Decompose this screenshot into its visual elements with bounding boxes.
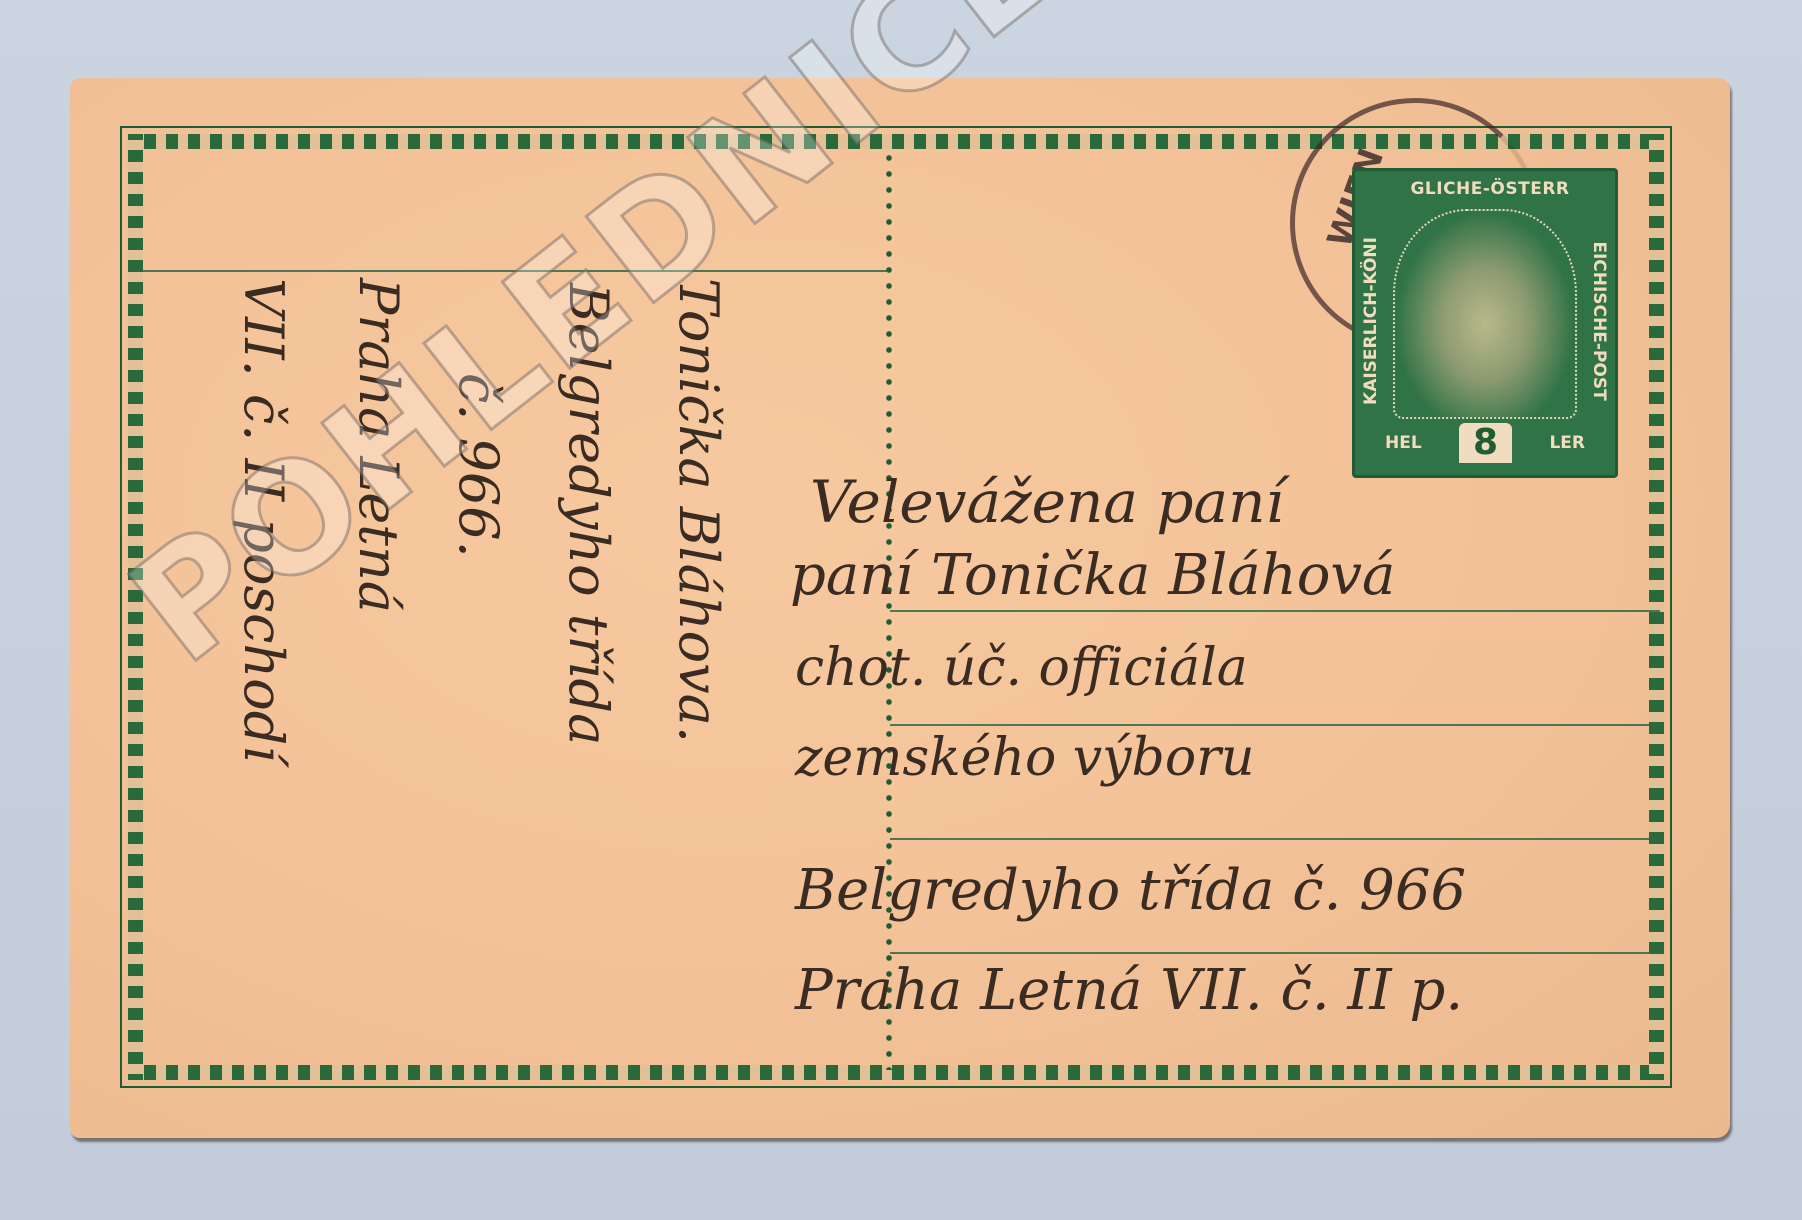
stamp-denomination-left: HEL (1385, 433, 1422, 453)
rope-border-right (1649, 134, 1664, 1080)
recipient-line-3: chot. úč. officiála (795, 638, 1248, 698)
address-rule-3 (890, 838, 1660, 840)
emperor-portrait-icon (1393, 209, 1577, 419)
stamp-right-text: EICHISCHE-POST (1589, 191, 1609, 451)
recipient-line-6: Praha Letná VII. č. II p. (795, 958, 1463, 1023)
recipient-line-5: Belgredyho třída č. 966 (795, 858, 1466, 923)
address-rule-4 (890, 952, 1660, 954)
rope-border-bottom (128, 1065, 1664, 1080)
stamp-left-text: KAISERLICH-KÖNI (1361, 191, 1381, 451)
sender-line-1: Tonička Bláhova. (667, 278, 730, 743)
imprinted-stamp: GLICHE-ÖSTERR KAISERLICH-KÖNI EICHISCHE-… (1352, 168, 1618, 478)
address-rule-1 (890, 610, 1660, 612)
stamp-top-text: GLICHE-ÖSTERR (1385, 179, 1595, 199)
recipient-line-4: zemského výboru (795, 728, 1254, 788)
recipient-line-2: paní Tonička Bláhová (790, 543, 1395, 608)
recipient-line-1: Velevážena paní (810, 468, 1284, 536)
address-rule-2 (890, 724, 1660, 726)
stamp-denomination-right: LER (1549, 433, 1585, 453)
stamp-value: 8 (1459, 423, 1512, 463)
stamp-bottom: HEL 8 LER (1385, 423, 1585, 463)
